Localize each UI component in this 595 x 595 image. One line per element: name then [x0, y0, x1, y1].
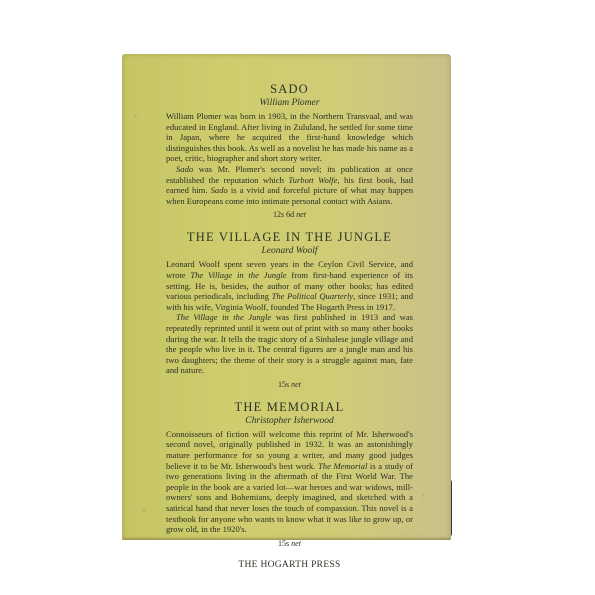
price-value: 15s [278, 539, 289, 548]
blurb-paragraph: The Village in the Jungle was first publ… [166, 312, 413, 376]
blurb-text: William Plomer was born in 1903, in the … [166, 111, 413, 206]
blurb-paragraph: Sado was Mr. Plomer's second novel; its … [166, 164, 413, 206]
product-photo: SADO William Plomer William Plomer was b… [0, 0, 595, 595]
blurb-paragraph: William Plomer was born in 1903, in the … [166, 111, 413, 164]
blurb-paragraph: Connoisseurs of fiction will welcome thi… [166, 429, 413, 535]
book-author: William Plomer [166, 97, 413, 109]
book-price: 15s net [166, 380, 413, 390]
book-blurb: THE VILLAGE IN THE JUNGLE Leonard Woolf … [166, 230, 413, 390]
book-title: THE VILLAGE IN THE JUNGLE [166, 230, 413, 245]
book-title: SADO [166, 82, 413, 97]
price-suffix: net [291, 380, 301, 389]
cover-blemish [134, 114, 137, 117]
cover-blemish [142, 509, 146, 512]
blurb-paragraph: Leonard Woolf spent seven years in the C… [166, 259, 413, 312]
book-author: Leonard Woolf [166, 245, 413, 257]
book-price: 15s net [166, 539, 413, 549]
cover-blemish [422, 494, 425, 497]
book-blurb: THE MEMORIAL Christopher Isherwood Conno… [166, 400, 413, 549]
cover-text: SADO William Plomer William Plomer was b… [166, 82, 413, 570]
publisher-imprint: THE HOGARTH PRESS [166, 560, 413, 570]
book-blurb: SADO William Plomer William Plomer was b… [166, 82, 413, 220]
book-author: Christopher Isherwood [166, 415, 413, 427]
book-title: THE MEMORIAL [166, 400, 413, 415]
book-price: 12s 6d net [166, 210, 413, 220]
book-back-cover: SADO William Plomer William Plomer was b… [122, 54, 451, 540]
price-suffix: net [291, 539, 301, 548]
price-value: 12s 6d [273, 210, 294, 219]
blurb-text: Leonard Woolf spent seven years in the C… [166, 259, 413, 376]
price-value: 15s [278, 380, 289, 389]
price-suffix: net [296, 210, 306, 219]
blurb-text: Connoisseurs of fiction will welcome thi… [166, 429, 413, 535]
cover-edge [122, 537, 451, 540]
